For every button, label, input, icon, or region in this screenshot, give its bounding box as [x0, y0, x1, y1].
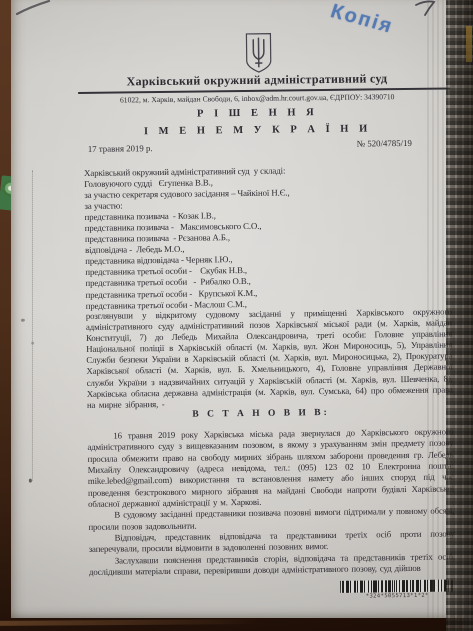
photo-background: Харківський окружний адміністративний су… — [0, 0, 473, 631]
decision-title: Р І Ш Е Н Н Я — [72, 106, 442, 122]
barcode-icon — [340, 579, 454, 592]
court-name: Харківський окружний адміністративний су… — [72, 71, 442, 91]
decision-date: 17 травня 2019 р. — [88, 143, 153, 154]
scan-shadow-strip — [446, 0, 473, 631]
ukraine-trident-emblem-icon — [243, 32, 274, 75]
barcode-block: *324*5055713*1*2* — [340, 579, 454, 599]
court-address: 61022, м. Харків, майдан Свободи, 6, inb… — [62, 91, 452, 105]
pen-speck — [21, 319, 25, 322]
text-line: 16 травня 2019 року Харківська міська ра… — [87, 426, 454, 510]
case-description-paragraph: розглянувши у відкритому судовому засіда… — [86, 306, 453, 410]
document-content: Харківський окружний адміністративний су… — [11, 0, 473, 621]
pen-speck — [31, 342, 34, 345]
paper-crease-line — [32, 171, 33, 481]
edge-artifact — [466, 26, 472, 62]
court-composition-list: Харківський окружний адміністративний су… — [84, 163, 454, 311]
document-page: Харківський окружний адміністративний су… — [11, 0, 473, 618]
text-line: Заслухавши пояснення представників сторі… — [89, 551, 455, 578]
case-number: № 520/4785/19 — [357, 138, 412, 149]
pen-dot-mark — [29, 479, 32, 483]
barcode-text: *324*5055713*1*2* — [340, 592, 454, 599]
decision-subtitle: І М Е Н Е М У К Р А Ї Н И — [73, 123, 443, 139]
established-section: 16 травня 2019 року Харківська міська ра… — [87, 426, 455, 578]
